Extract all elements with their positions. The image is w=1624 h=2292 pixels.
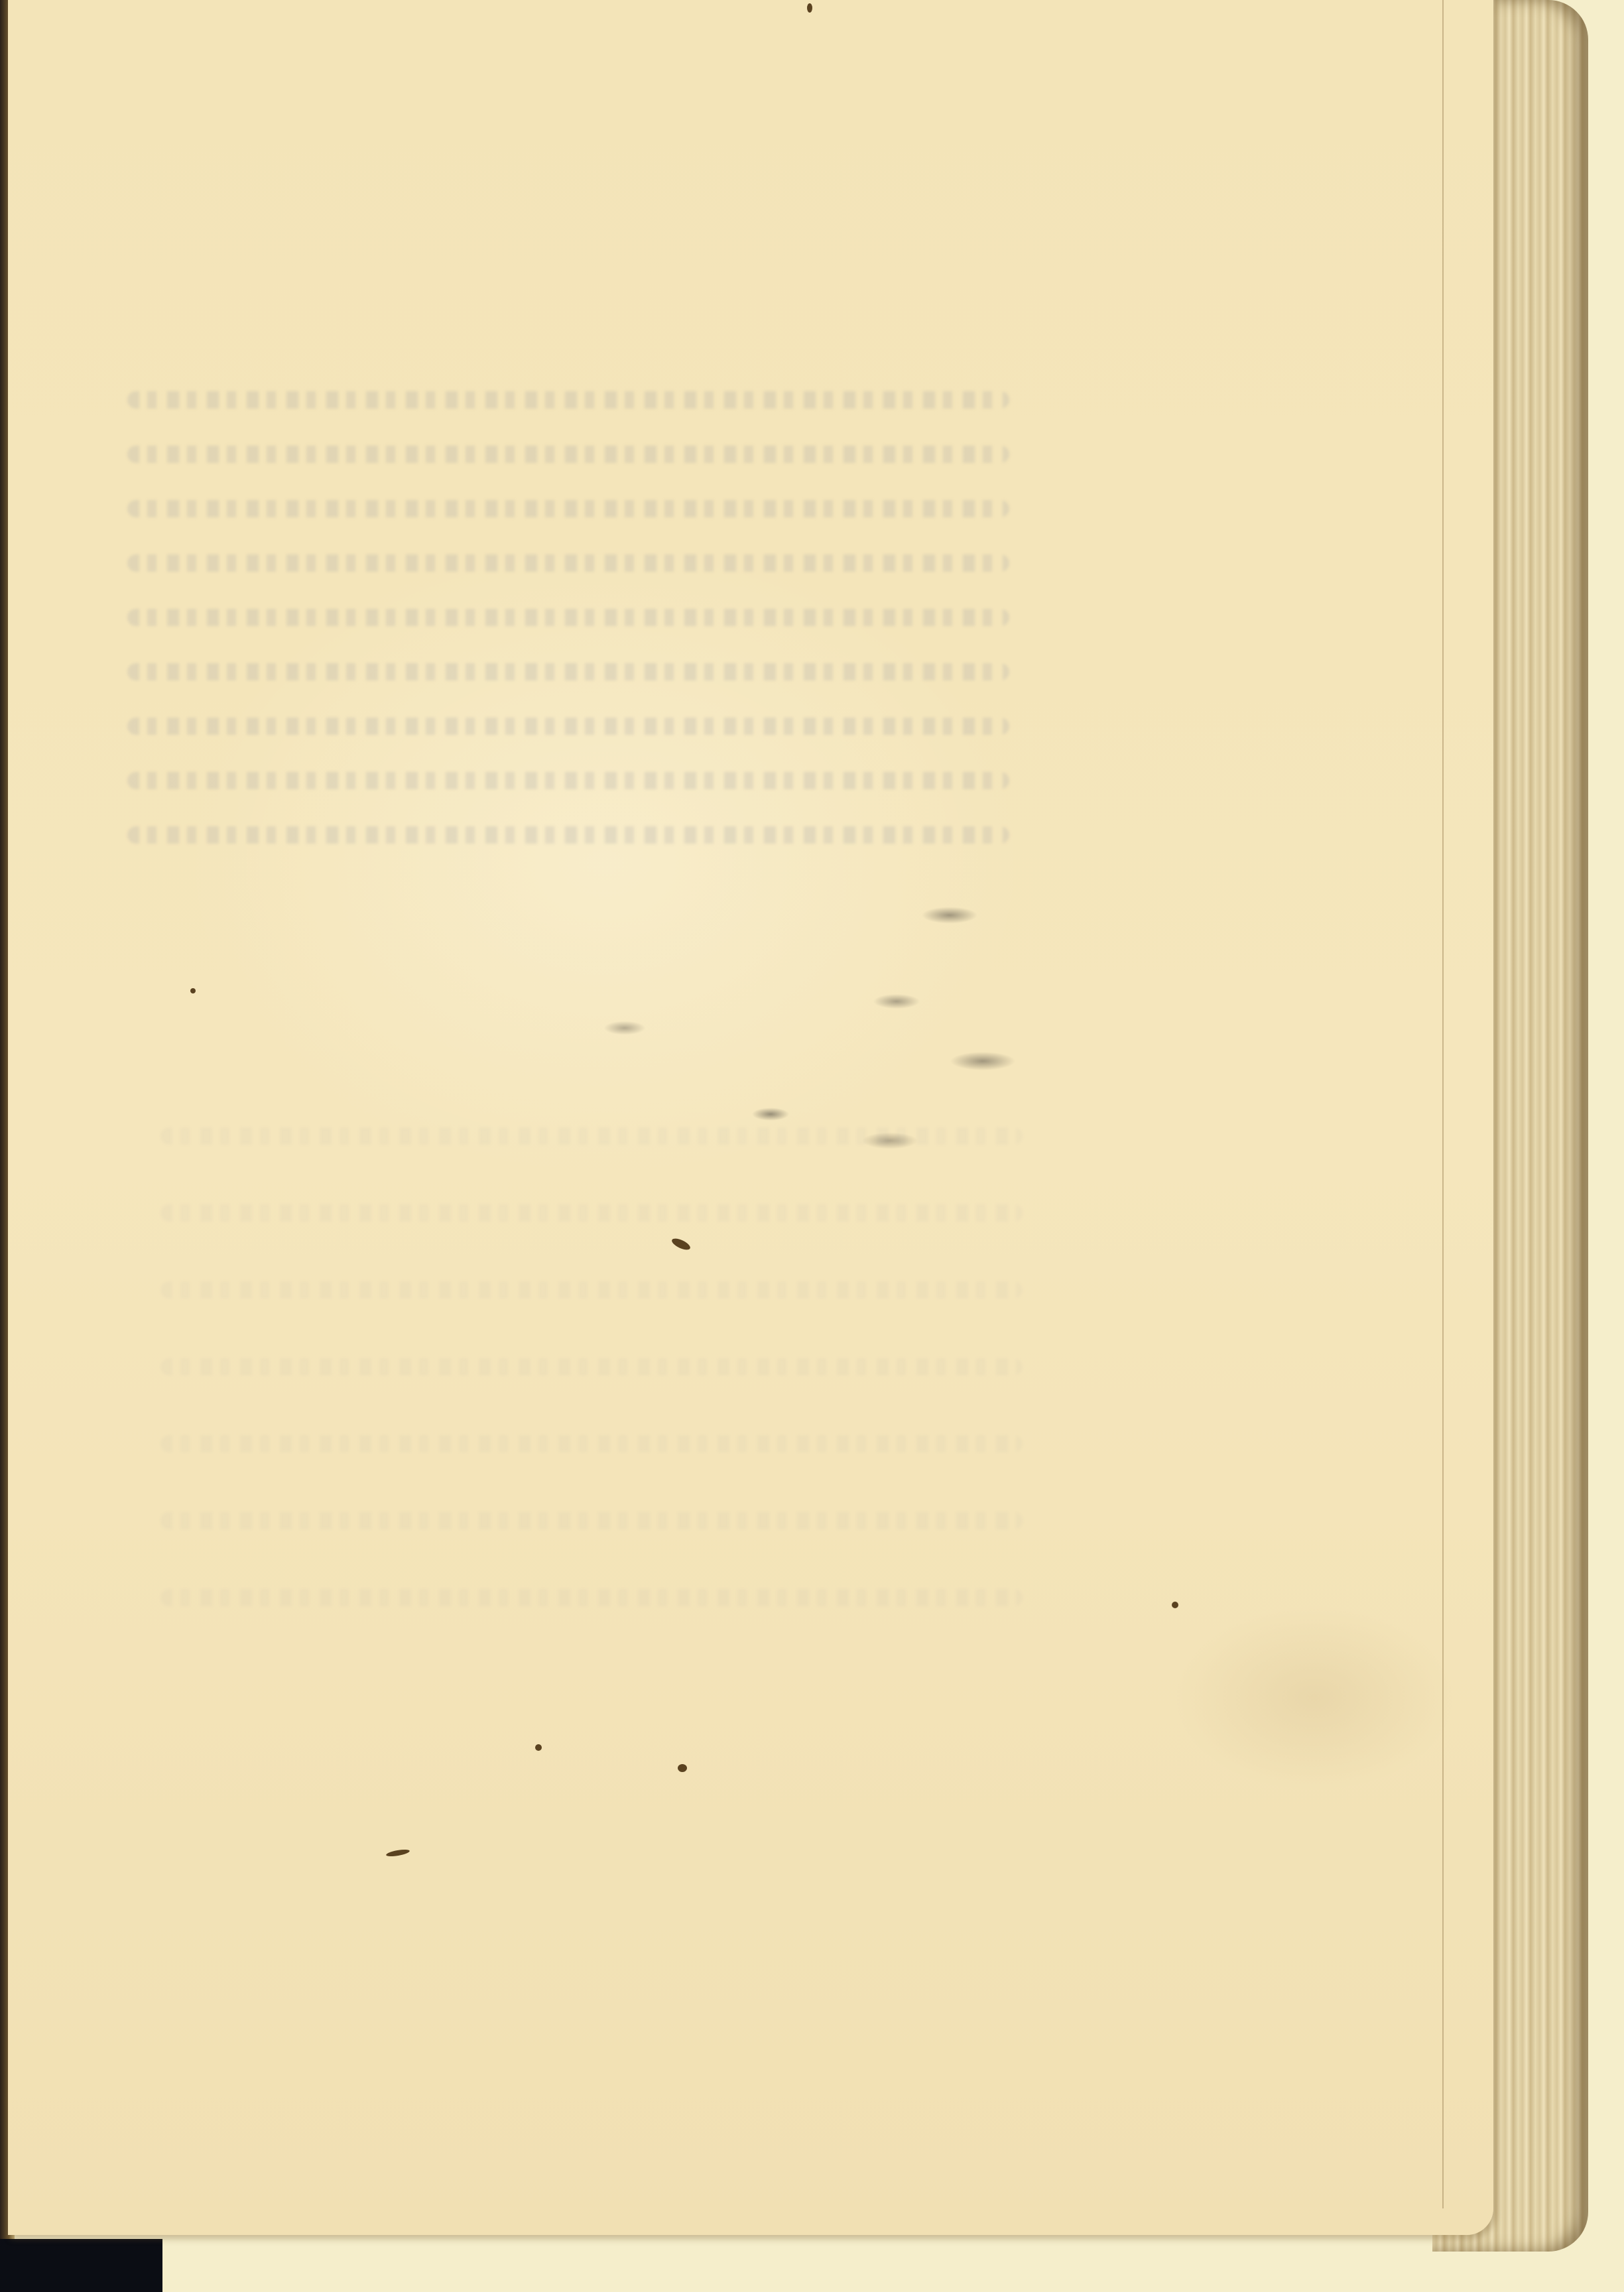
bleed-line — [127, 500, 1009, 517]
paper-speck — [535, 1744, 542, 1751]
bleed-line — [127, 391, 1009, 409]
bleed-line — [127, 718, 1009, 735]
paper-speck — [1172, 1602, 1178, 1608]
bleed-line — [160, 1435, 1023, 1452]
bleed-line — [160, 1204, 1023, 1222]
bleed-through-text-faint — [160, 1127, 1023, 1890]
manuscript-page — [8, 0, 1493, 2235]
bleed-line — [127, 554, 1009, 572]
bleed-line — [127, 609, 1009, 626]
book-cover-corner — [0, 2239, 162, 2292]
ink-smudge — [552, 783, 1095, 1194]
paper-speck — [190, 988, 196, 993]
bleed-line — [160, 1358, 1023, 1375]
page-fold-line — [1442, 0, 1444, 2208]
bleed-line — [160, 1512, 1023, 1529]
paper-speck — [807, 3, 812, 13]
bleed-line — [127, 446, 1009, 463]
bleed-line — [160, 1589, 1023, 1606]
paper-speck — [678, 1764, 687, 1772]
bleed-line — [160, 1281, 1023, 1299]
bleed-line — [127, 663, 1009, 680]
